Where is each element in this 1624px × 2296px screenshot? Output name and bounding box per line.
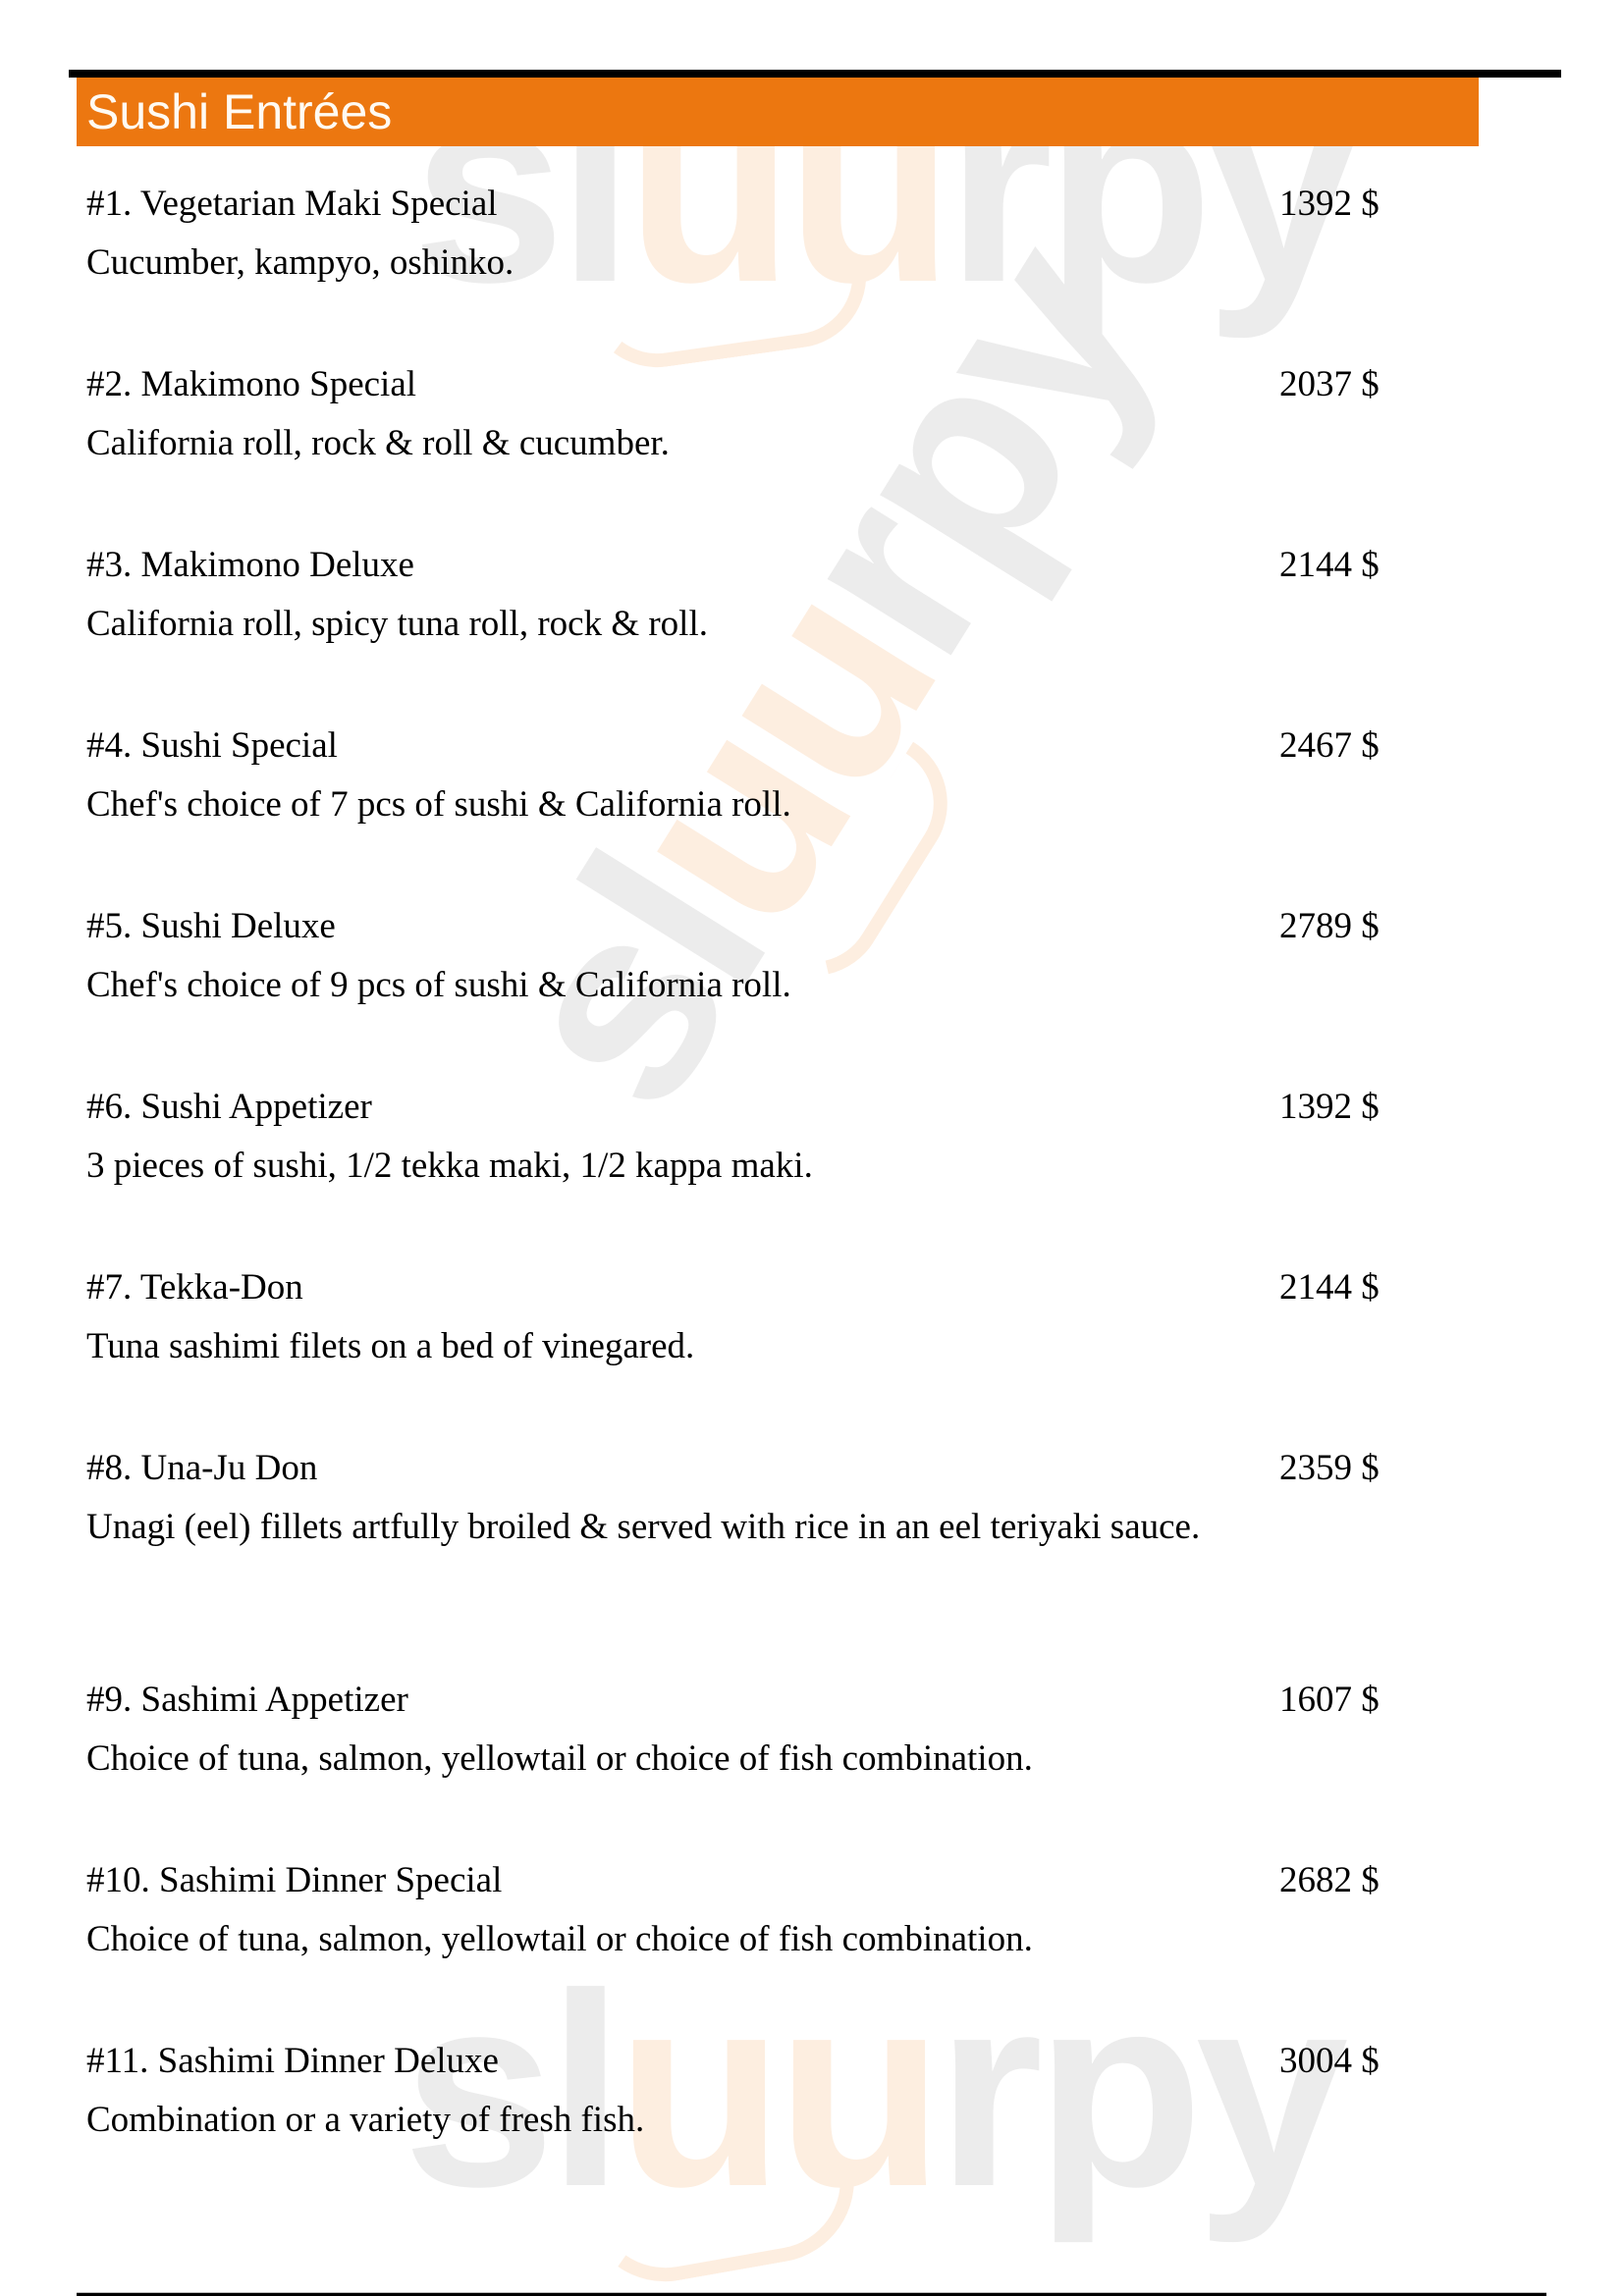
item-name: #6. Sushi Appetizer [86,1088,1402,1127]
item-price: 2682 $ [1279,1861,1380,1900]
item-name: #10. Sashimi Dinner Special [86,1861,1402,1900]
item-price: 2037 $ [1279,365,1380,404]
item-description: Tuna sashimi filets on a bed of vinegare… [86,1320,1265,1372]
top-divider [69,70,1561,78]
item-price: 2789 $ [1279,907,1380,946]
item-name: #11. Sashimi Dinner Deluxe [86,2042,1402,2081]
item-description: Combination or a variety of fresh fish. [86,2094,1265,2146]
menu-item: #4. Sushi Special Chef's choice of 7 pcs… [86,726,1402,830]
item-name: #7. Tekka-Don [86,1268,1402,1308]
item-name: #5. Sushi Deluxe [86,907,1402,946]
item-description: Cucumber, kampyo, oshinko. [86,237,1265,289]
item-price: 2359 $ [1279,1449,1380,1488]
item-description: Chef's choice of 7 pcs of sushi & Califo… [86,778,1265,830]
item-description: 3 pieces of sushi, 1/2 tekka maki, 1/2 k… [86,1140,1265,1192]
item-price: 2467 $ [1279,726,1380,766]
section-title: Sushi Entrées [86,84,392,139]
section-header: Sushi Entrées [77,78,1479,146]
item-name: #9. Sashimi Appetizer [86,1681,1402,1720]
menu-item: #2. Makimono Special California roll, ro… [86,365,1402,469]
item-description: California roll, rock & roll & cucumber. [86,417,1265,469]
item-price: 1392 $ [1279,1088,1380,1127]
item-description: Chef's choice of 9 pcs of sushi & Califo… [86,959,1265,1011]
menu-item: #9. Sashimi Appetizer Choice of tuna, sa… [86,1681,1402,1785]
item-description: Unagi (eel) fillets artfully broiled & s… [86,1501,1265,1553]
item-name: #8. Una-Ju Don [86,1449,1402,1488]
item-name: #3. Makimono Deluxe [86,546,1402,585]
item-name: #1. Vegetarian Maki Special [86,185,1402,224]
item-description: Choice of tuna, salmon, yellowtail or ch… [86,1913,1265,1965]
bottom-divider [77,2292,1546,2296]
watermark-swoosh-icon [584,2166,867,2295]
menu-item: #1. Vegetarian Maki Special Cucumber, ka… [86,185,1402,289]
item-price: 2144 $ [1279,1268,1380,1308]
item-description: Choice of tuna, salmon, yellowtail or ch… [86,1733,1265,1785]
item-price: 2144 $ [1279,546,1380,585]
item-description: California roll, spicy tuna roll, rock &… [86,598,1265,650]
item-name: #2. Makimono Special [86,365,1402,404]
menu-item: #10. Sashimi Dinner Special Choice of tu… [86,1861,1402,1965]
menu-item: #6. Sushi Appetizer 3 pieces of sushi, 1… [86,1088,1402,1192]
item-price: 1607 $ [1279,1681,1380,1720]
menu-item: #3. Makimono Deluxe California roll, spi… [86,546,1402,650]
menu-item: #5. Sushi Deluxe Chef's choice of 9 pcs … [86,907,1402,1011]
item-name: #4. Sushi Special [86,726,1402,766]
menu-item: #8. Una-Ju Don Unagi (eel) fillets artfu… [86,1449,1402,1553]
item-price: 3004 $ [1279,2042,1380,2081]
item-price: 1392 $ [1279,185,1380,224]
menu-item: #7. Tekka-Don Tuna sashimi filets on a b… [86,1268,1402,1372]
menu-item: #11. Sashimi Dinner Deluxe Combination o… [86,2042,1402,2146]
